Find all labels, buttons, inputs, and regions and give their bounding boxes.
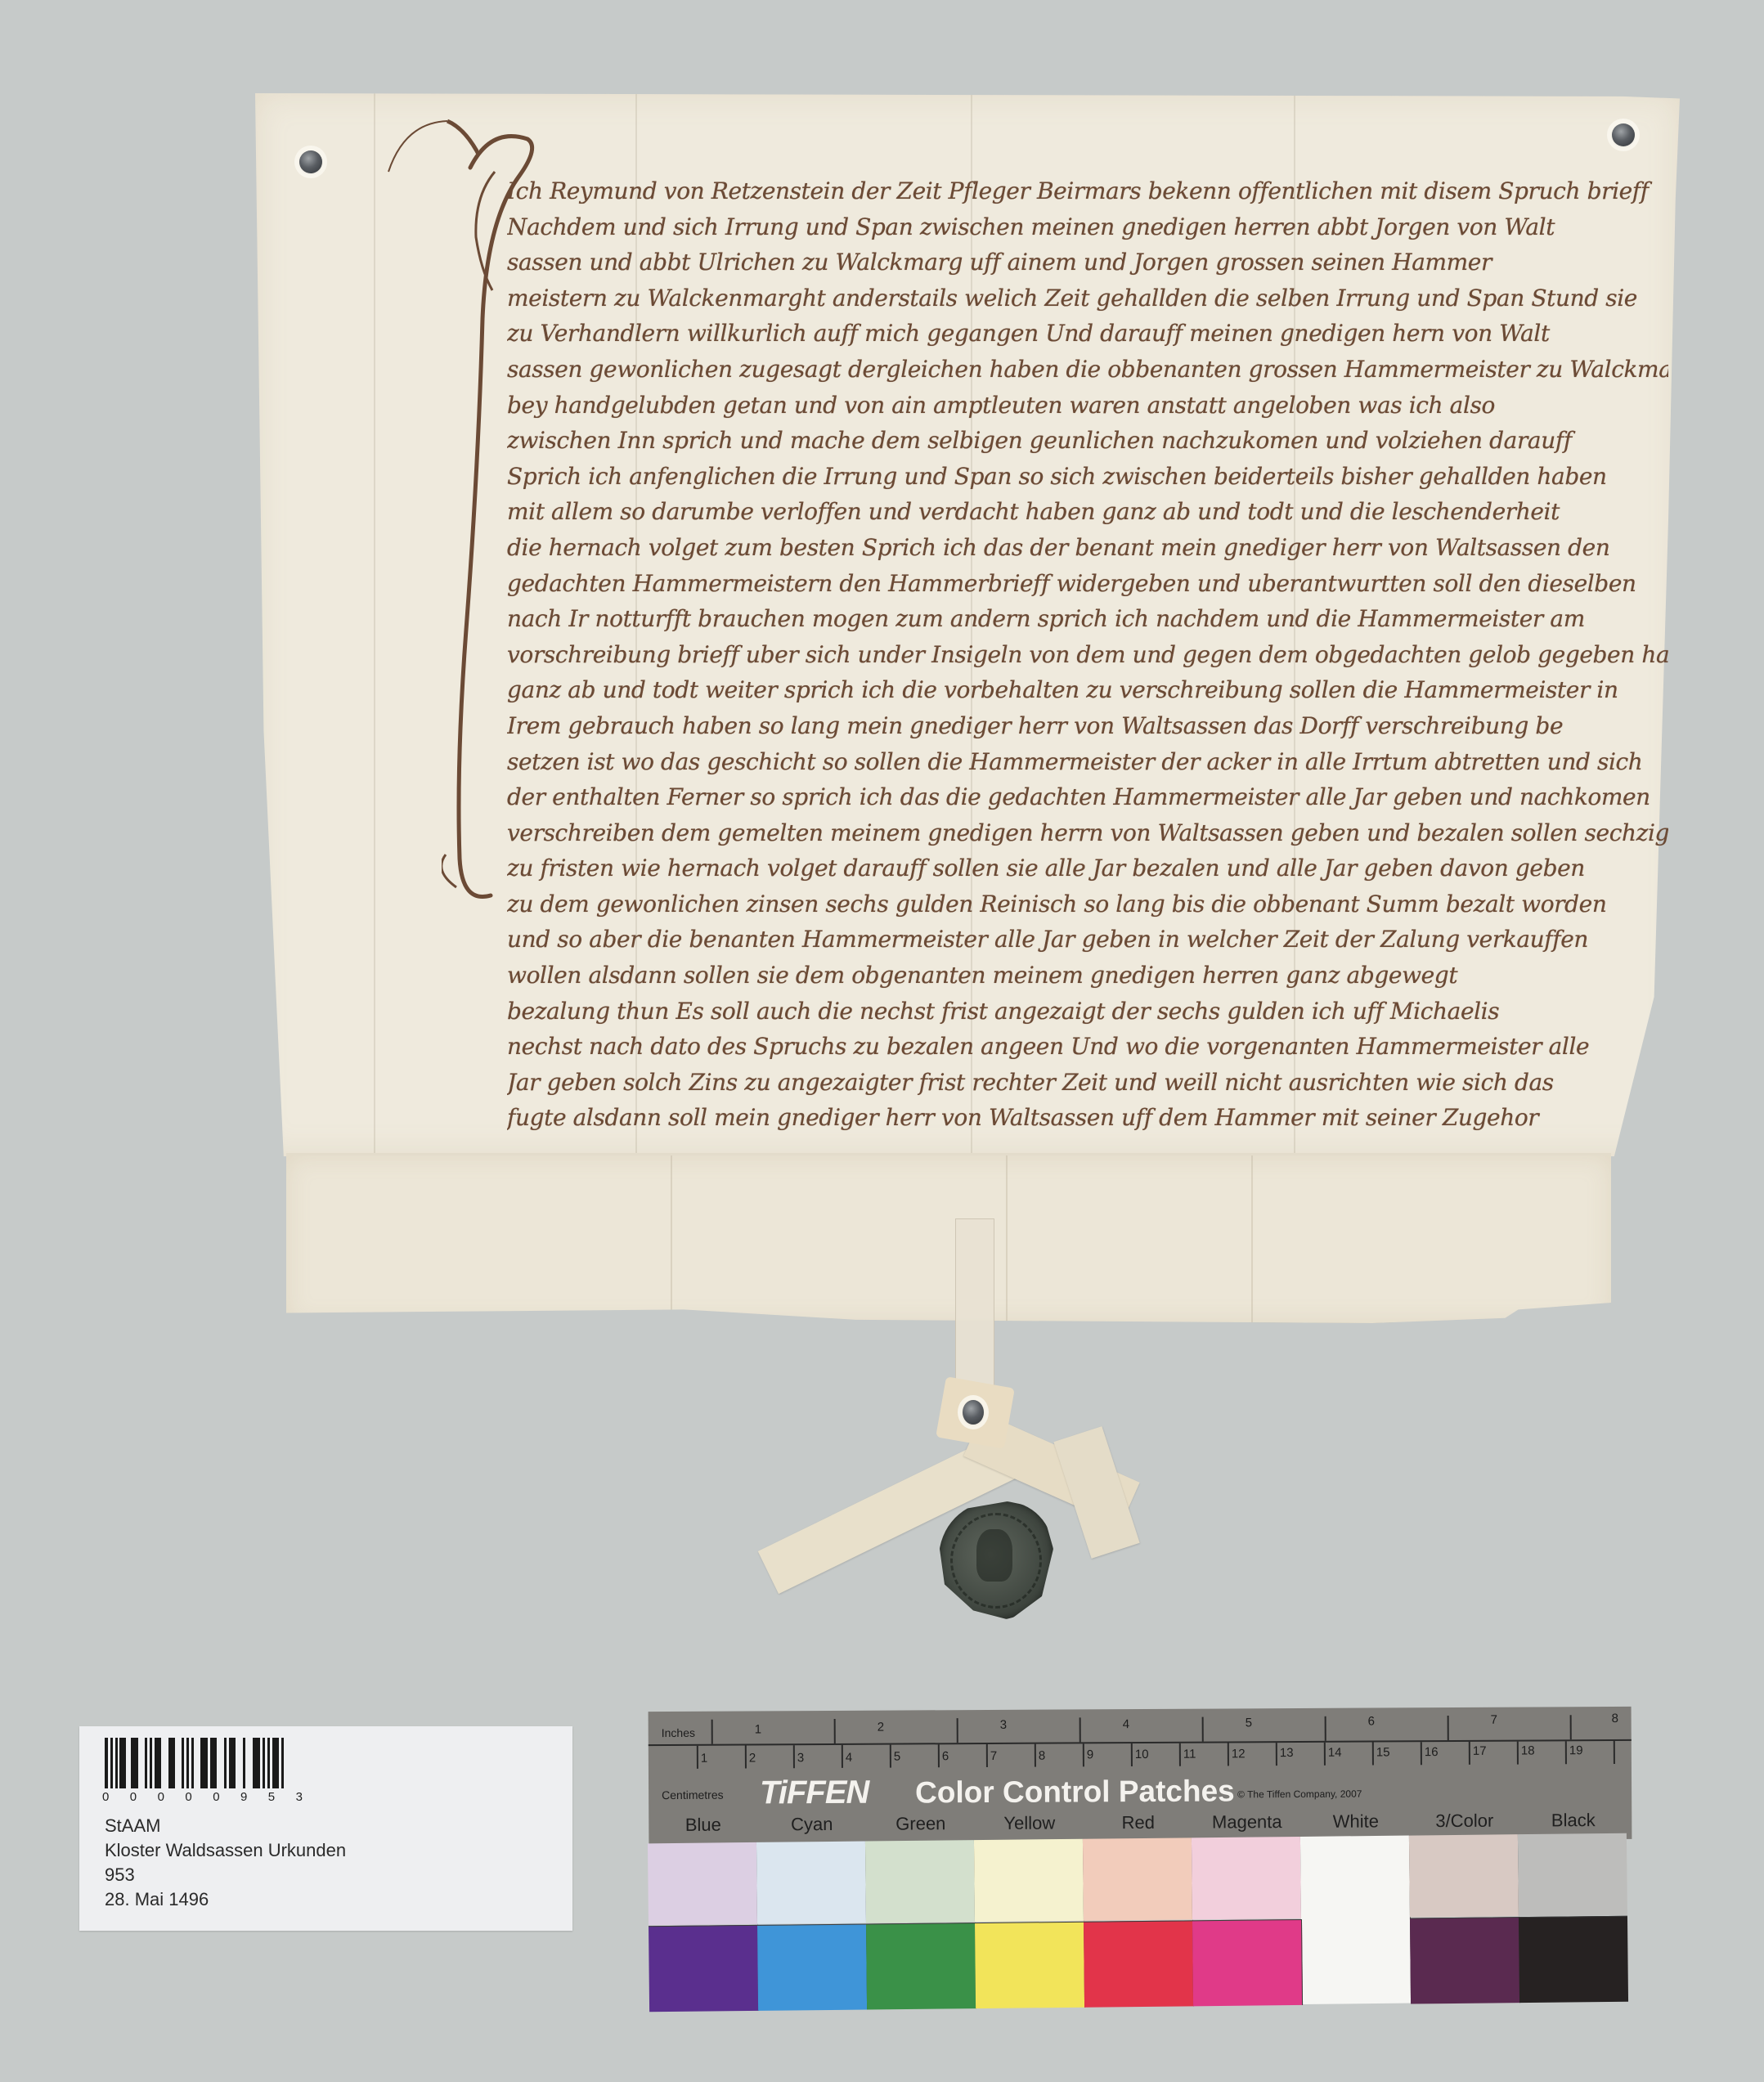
cm-tick-label: 13 xyxy=(1280,1746,1294,1760)
cm-tick-label: 12 xyxy=(1232,1747,1246,1761)
cm-tick-label: 16 xyxy=(1425,1745,1439,1759)
text-line: setzen ist wo das geschicht so sollen di… xyxy=(507,744,1668,780)
text-line: verschreiben dem gemelten meinem gnedige… xyxy=(507,815,1668,851)
patch-red-light xyxy=(1083,1837,1193,1920)
inch-tick-label: 8 xyxy=(1612,1712,1618,1725)
magnet-pin-top-left xyxy=(299,150,322,173)
cm-tick-label: 9 xyxy=(1087,1748,1093,1761)
cm-tick-label: 1 xyxy=(701,1752,707,1766)
cm-tick-label: 5 xyxy=(894,1750,900,1764)
text-line: mit allem so darumbe verloffen und verda… xyxy=(507,494,1668,530)
patch-blue-dark xyxy=(649,1925,759,2012)
patch-cyan-light xyxy=(756,1842,867,1924)
archive-label: 0 0 0 0 0 9 5 3 StAAM Kloster Waldsassen… xyxy=(79,1726,572,1931)
text-line: der enthalten Ferner so sprich ich das d… xyxy=(507,779,1668,815)
text-line: Irem gebrauch haben so lang mein gnedige… xyxy=(507,708,1668,744)
cm-tick-label: 19 xyxy=(1569,1743,1583,1757)
plica-fold xyxy=(286,1153,1611,1323)
text-line: sassen und abbt Ulrichen zu Walckmarg uf… xyxy=(507,245,1668,280)
cm-tick-label: 7 xyxy=(990,1749,997,1763)
text-line: nechst nach dato des Spruchs zu bezalen … xyxy=(507,1029,1668,1065)
initial-top-hairline-icon xyxy=(356,98,478,196)
barcode-digit: 0 xyxy=(213,1790,219,1804)
text-line: zwischen Inn sprich und mache dem selbig… xyxy=(507,423,1668,459)
patch-3color-light xyxy=(1409,1834,1519,1917)
text-line: zu Verhandlern willkurlich auff mich geg… xyxy=(507,316,1668,352)
text-line: wollen alsdann sollen sie dem obgenanten… xyxy=(507,958,1668,994)
patch-label-red: Red xyxy=(1084,1812,1192,1834)
fold-crease xyxy=(1006,1155,1008,1323)
text-line: und so aber die benanten Hammermeister a… xyxy=(507,922,1668,958)
patch-3color-dark xyxy=(1410,1917,1520,2003)
text-line: zu dem gewonlichen zinsen sechs gulden R… xyxy=(507,886,1668,922)
patch-yellow-light xyxy=(974,1839,1084,1922)
patch-black-light xyxy=(1518,1833,1627,1916)
barcode-number: 0 0 0 0 0 9 5 3 xyxy=(102,1790,303,1804)
seal-strap xyxy=(955,1218,994,1400)
inch-tick-label: 6 xyxy=(1368,1714,1375,1728)
cm-tick-label: 15 xyxy=(1376,1745,1390,1759)
color-patches xyxy=(648,1833,1635,2012)
patch-label-yellow: Yellow xyxy=(975,1812,1084,1834)
text-line: gedachten Hammermeistern den Hammerbrief… xyxy=(507,566,1668,602)
cm-tick-label: 18 xyxy=(1521,1743,1535,1757)
barcode-digit: 0 xyxy=(102,1790,109,1804)
patch-black-dark xyxy=(1519,1916,1628,2003)
cm-tick-label: 17 xyxy=(1473,1744,1487,1758)
patch-yellow-dark xyxy=(975,1922,1085,2008)
seal-emblem-icon xyxy=(976,1529,1012,1582)
text-line: nach Ir notturfft brauchen mogen zum and… xyxy=(507,601,1668,637)
label-date: 28. Mai 1496 xyxy=(105,1889,209,1910)
label-collection: Kloster Waldsassen Urkunden xyxy=(105,1840,346,1861)
inch-tick-label: 5 xyxy=(1246,1716,1252,1730)
fold-crease xyxy=(1251,1155,1253,1323)
patch-green-dark xyxy=(866,1923,976,2009)
cm-tick-label: 8 xyxy=(1039,1749,1045,1763)
barcode-digit: 3 xyxy=(296,1790,303,1804)
cm-tick-label: 2 xyxy=(749,1751,756,1765)
barcode-digit: 9 xyxy=(240,1790,247,1804)
color-chart-header: Inches 1 2 3 4 5 6 7 8 1 2 3 4 5 6 7 8 9… xyxy=(649,1707,1632,1844)
barcode-digit: 5 xyxy=(268,1790,275,1804)
inch-tick-label: 4 xyxy=(1123,1717,1129,1731)
wax-seal xyxy=(939,1501,1053,1620)
patch-label-3color: 3/Color xyxy=(1410,1811,1519,1833)
patch-magenta-dark xyxy=(1192,1919,1303,2006)
tiffen-logo: TiFFEN xyxy=(760,1775,869,1812)
patch-white xyxy=(1300,1836,1412,2004)
patch-label-cyan: Cyan xyxy=(757,1814,866,1836)
fold-crease xyxy=(374,93,375,1156)
text-line: zu fristen wie hernach volget darauff so… xyxy=(507,850,1668,886)
patch-label-black: Black xyxy=(1519,1810,1627,1832)
inch-tick-label: 1 xyxy=(755,1722,761,1736)
patch-label-magenta: Magenta xyxy=(1192,1811,1301,1833)
text-line: meistern zu Walckenmarght anderstails we… xyxy=(507,280,1668,316)
barcode-digit: 0 xyxy=(185,1790,191,1804)
inches-label: Inches xyxy=(662,1726,695,1739)
cm-tick-label: 10 xyxy=(1135,1748,1149,1761)
cm-tick-label: 4 xyxy=(846,1751,852,1765)
label-archive: StAAM xyxy=(105,1815,160,1837)
cm-tick-label: 3 xyxy=(797,1751,804,1765)
centimetres-label: Centimetres xyxy=(662,1788,724,1802)
text-line: Jar geben solch Zins zu angezaigter fris… xyxy=(507,1065,1668,1101)
text-line: fugte alsdann soll mein gnediger herr vo… xyxy=(507,1100,1668,1136)
text-line: ganz ab und todt weiter sprich ich die v… xyxy=(507,672,1668,708)
text-line: Sprich ich anfenglichen die Irrung und S… xyxy=(507,459,1668,495)
magnet-pin-top-right xyxy=(1612,123,1635,146)
fold-crease xyxy=(671,1155,672,1323)
charter-text: Ich Reymund von Retzenstein der Zeit Pfl… xyxy=(507,173,1668,1136)
patch-blue-light xyxy=(648,1842,758,1925)
text-line: sassen gewonlichen zugesagt dergleichen … xyxy=(507,352,1668,388)
barcode-digit: 0 xyxy=(130,1790,137,1804)
cm-tick-label: 14 xyxy=(1328,1746,1342,1760)
text-line: bey handgelubden getan und von ain amptl… xyxy=(507,388,1668,424)
patch-magenta-light xyxy=(1192,1837,1302,1919)
label-number: 953 xyxy=(105,1864,135,1886)
patch-red-dark xyxy=(1084,1920,1194,2007)
barcode-digit: 0 xyxy=(158,1790,164,1804)
cm-tick-label: 11 xyxy=(1183,1748,1196,1761)
patch-cyan-dark xyxy=(757,1924,868,2011)
text-line: Nachdem und sich Irrung und Span zwische… xyxy=(507,209,1668,245)
inch-tick-label: 7 xyxy=(1491,1713,1497,1727)
patch-label-blue: Blue xyxy=(649,1814,757,1836)
chart-title: Color Control Patches xyxy=(915,1774,1235,1810)
inch-tick-label: 3 xyxy=(1000,1718,1007,1732)
patch-label-green: Green xyxy=(866,1813,975,1835)
cm-tick-label: 6 xyxy=(942,1749,949,1763)
text-line: bezalung thun Es soll auch die nechst fr… xyxy=(507,994,1668,1030)
chart-copyright: © The Tiffen Company, 2007 xyxy=(1237,1788,1362,1801)
magnet-pin-strap xyxy=(963,1400,984,1425)
text-line: Ich Reymund von Retzenstein der Zeit Pfl… xyxy=(507,173,1668,209)
text-line: vorschreibung brieff uber sich under Ins… xyxy=(507,637,1668,673)
inch-tick-label: 2 xyxy=(878,1721,884,1734)
patch-green-light xyxy=(865,1840,976,1923)
text-line: die hernach volget zum besten Sprich ich… xyxy=(507,530,1668,566)
patch-label-white: White xyxy=(1301,1811,1410,1833)
barcode xyxy=(105,1738,297,1788)
